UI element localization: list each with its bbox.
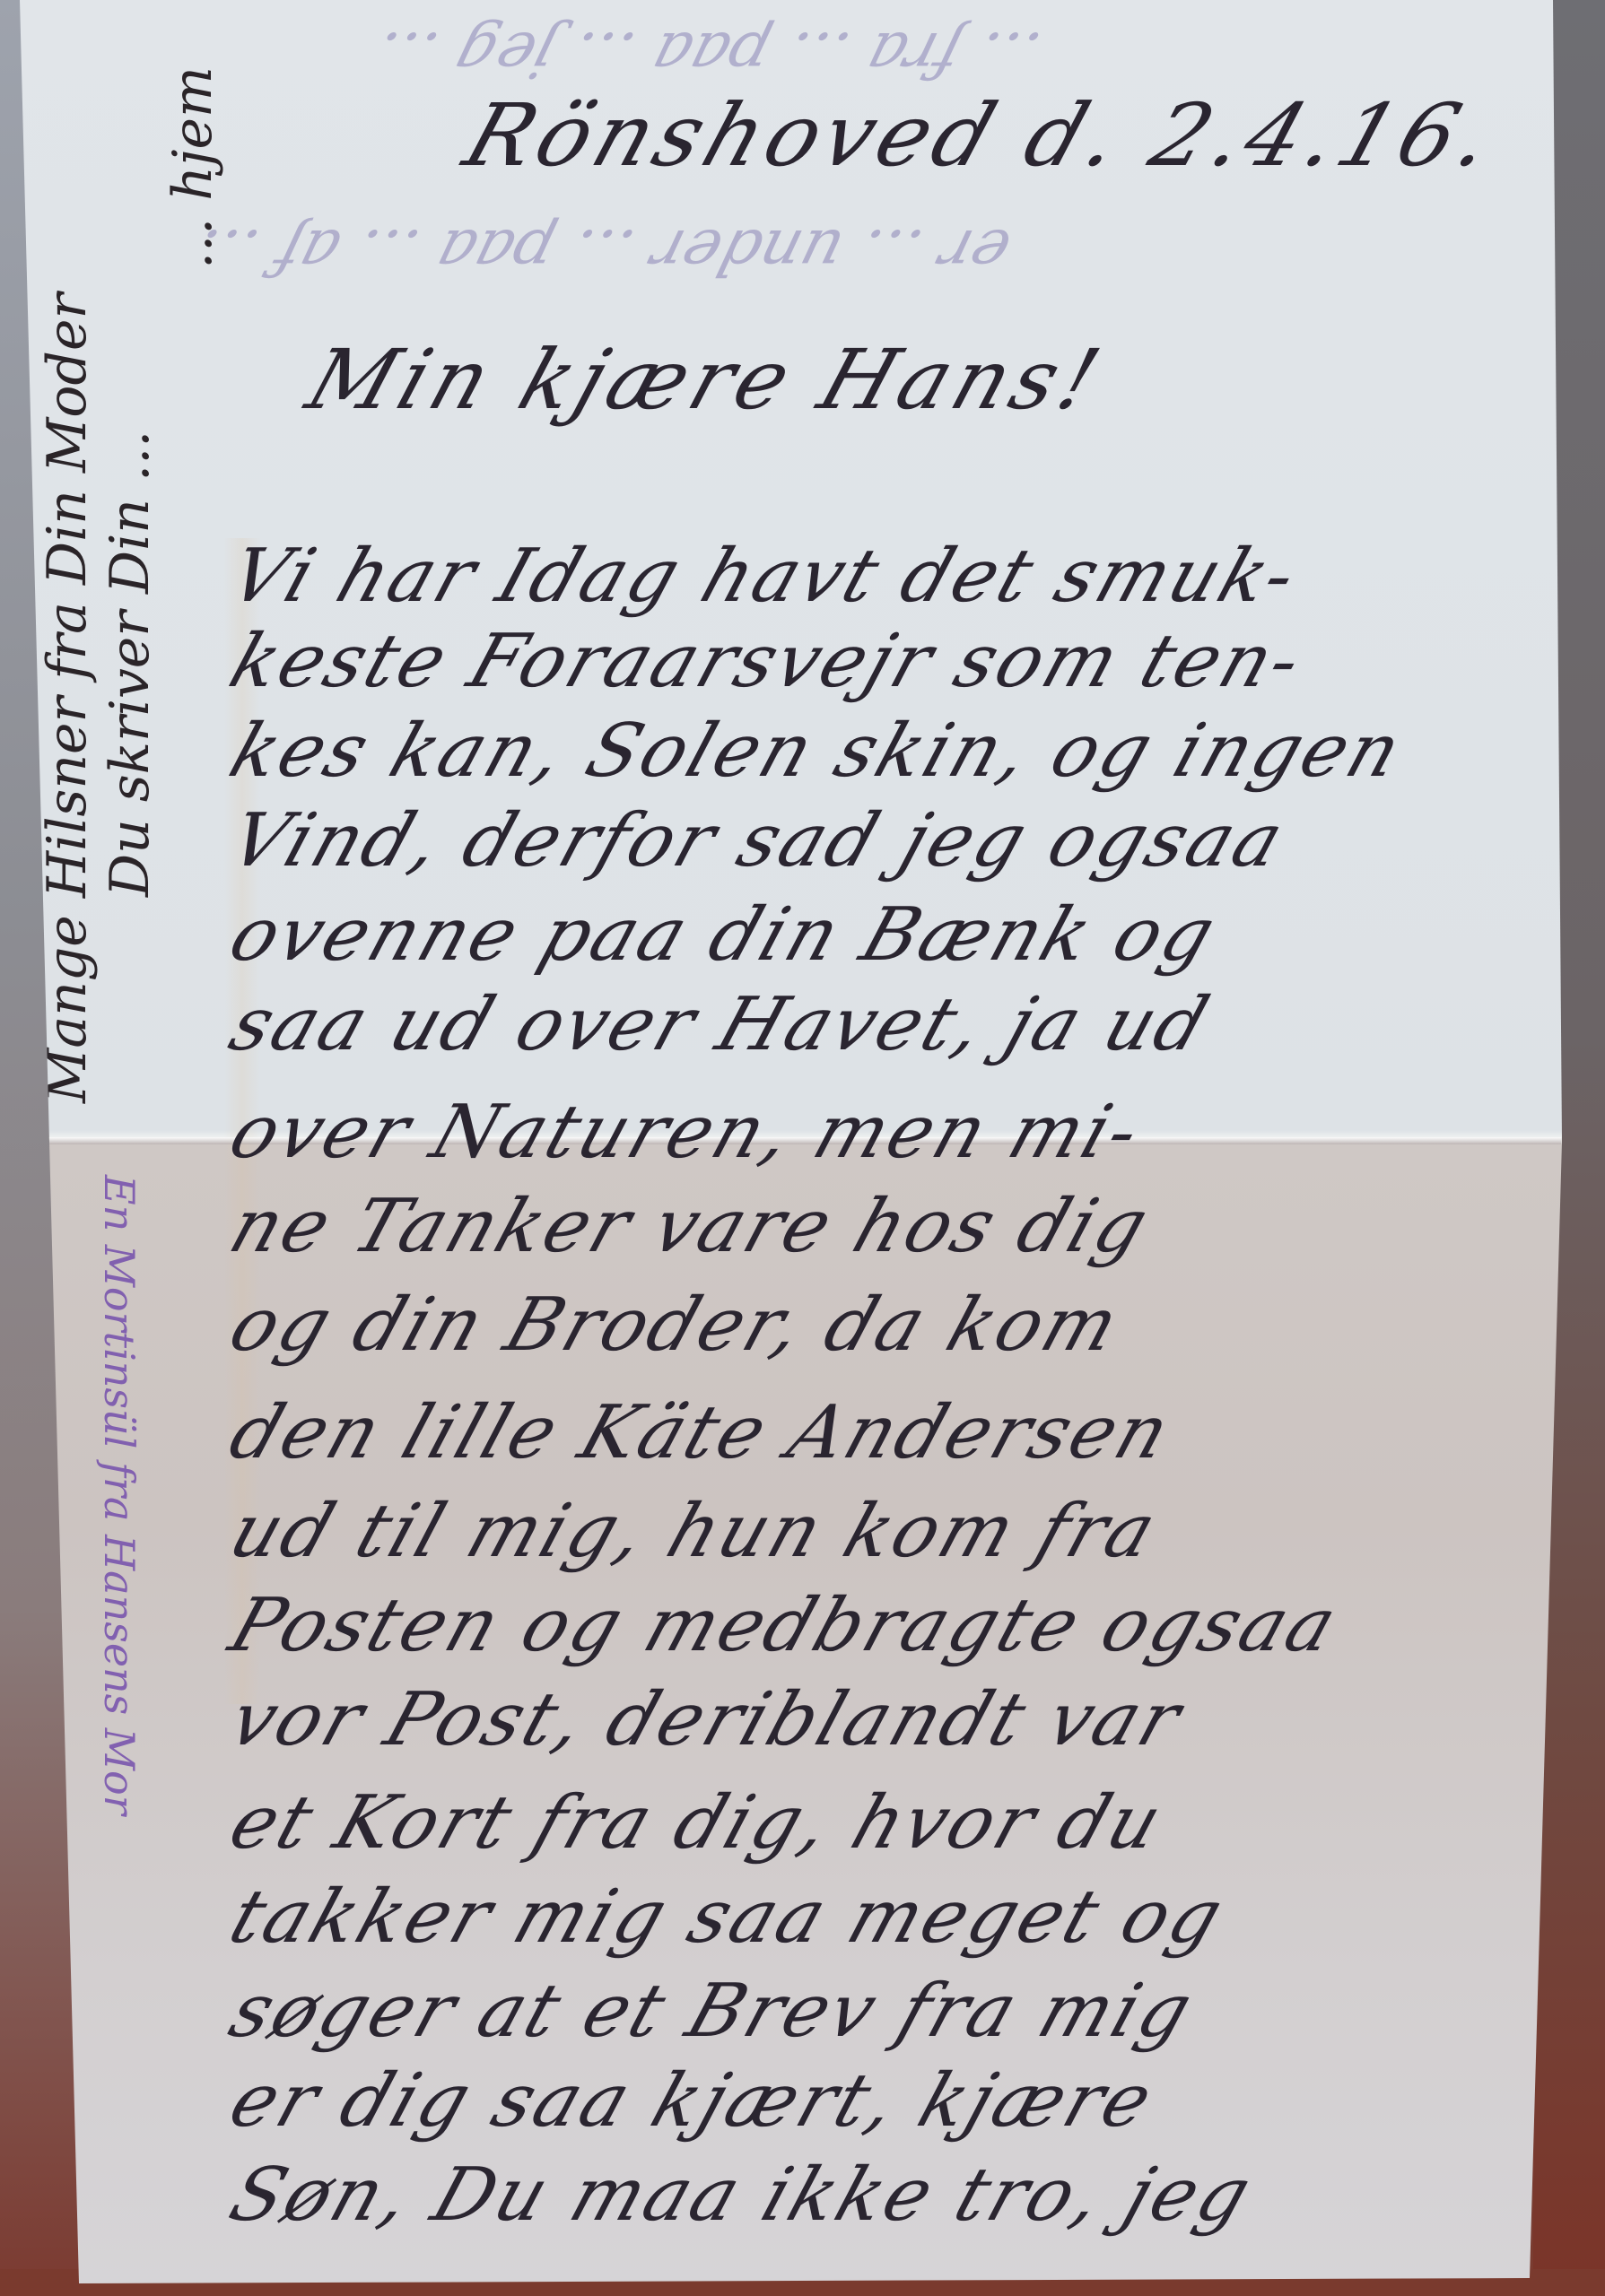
- body-line-14: et Kort fra dig, hvor du: [220, 1780, 1174, 1865]
- show-through-text-1: ... fra ... paa ... jeg ...: [367, 18, 1049, 91]
- body-line-6: saa ud over Havet, ja ud: [220, 982, 1221, 1067]
- body-line-9: og din Broder, da kom: [220, 1283, 1131, 1368]
- body-line-7: over Naturen, men mi-: [220, 1090, 1152, 1175]
- body-line-5: ovenne paa din Bænk og: [220, 892, 1227, 978]
- body-line-1: Vi har Idag havt det smuk-: [220, 534, 1309, 619]
- body-line-15: takker mig saa meget og: [220, 1874, 1235, 1960]
- body-line-12: Posten og medbragte ogsaa: [220, 1583, 1349, 1668]
- body-line-16: søger at et Brev fra mig: [220, 1969, 1204, 2054]
- body-line-18: Søn, Du maa ikke tro, jeg: [220, 2152, 1263, 2238]
- body-line-17: er dig saa kjært, kjære: [220, 2058, 1164, 2144]
- letter-paper: ... fra ... paa ... jeg ... er ... under…: [0, 0, 1605, 2296]
- margin-note-2: Du skriver Din ...: [99, 430, 161, 897]
- letter-place-date: Rönshoved d. 2.4.16.: [453, 85, 1511, 186]
- letter-greeting: Min kjære Hans!: [296, 332, 1116, 428]
- body-line-10: den lille Käte Andersen: [220, 1390, 1182, 1475]
- body-line-8: ne Tanker vare hos dig: [220, 1184, 1160, 1269]
- body-line-11: ud til mig, hun kom fra: [220, 1489, 1168, 1574]
- show-through-text-2: er ... under ... paa ... af ...: [188, 215, 1017, 289]
- body-line-2: keste Foraarsvejr som ten-: [220, 619, 1314, 704]
- margin-note-3: ... hjem: [161, 66, 224, 269]
- body-line-4: Vind, derfor sad jeg ogsaa: [220, 798, 1295, 883]
- body-line-13: vor Post, deriblandt var: [220, 1677, 1193, 1762]
- body-line-3: kes kan, Solen skin, og ingen: [220, 709, 1414, 794]
- pencil-annotation: En Mortinsül fra Hansens Mor: [95, 1175, 144, 1815]
- margin-note-1: Mange Hilsner fra Din Moder: [36, 293, 99, 1103]
